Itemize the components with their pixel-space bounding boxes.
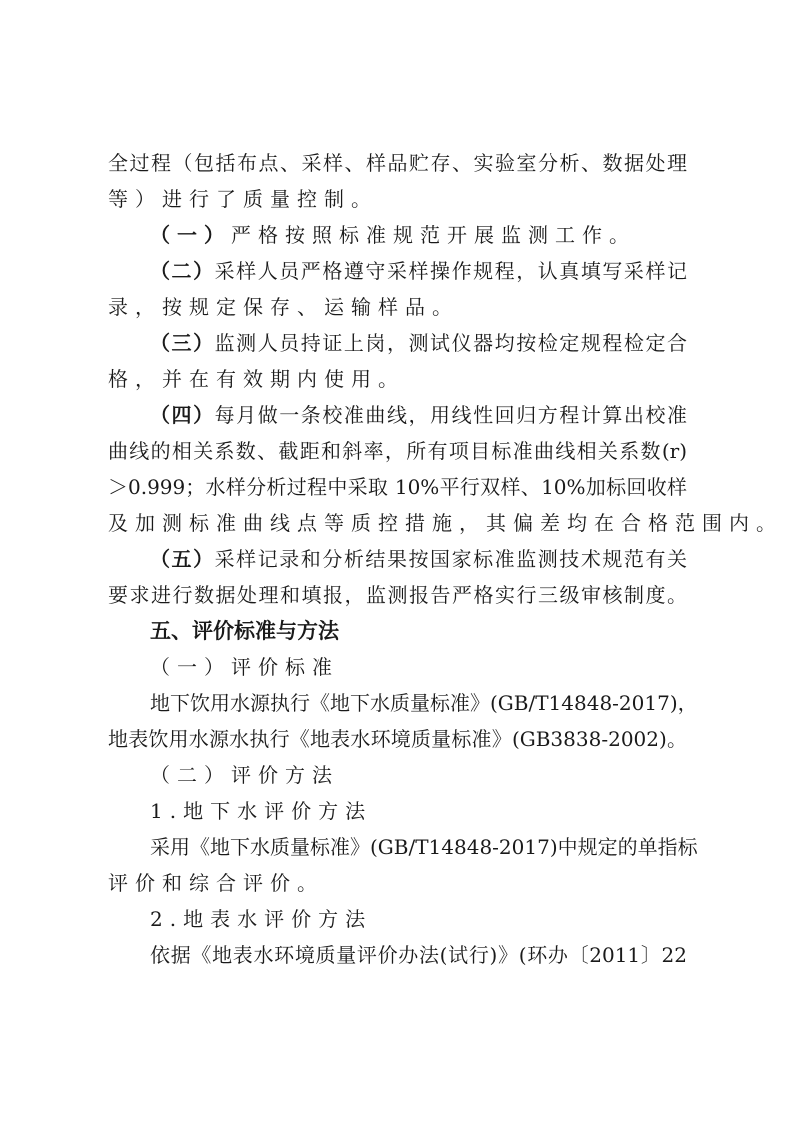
paragraph-line: 全过程（包括布点、采样、样品贮存、实验室分析、数据处理 xyxy=(108,145,687,181)
list-item-4: （四）每月做一条校准曲线，用线性回归方程计算出校准 xyxy=(150,397,687,433)
list-item-2: （二）采样人员严格遵守采样操作规程，认真填写采样记 xyxy=(150,253,687,289)
paragraph-line: 评价和综合评价。 xyxy=(108,865,687,901)
subsubsection-heading: 1.地下水评价方法 xyxy=(150,793,687,829)
paragraph-line: 格，并在有效期内使用。 xyxy=(108,361,687,397)
list-text: 采样记录和分析结果按国家标准监测技术规范有关 xyxy=(215,547,687,571)
paragraph-line: 依据《地表水环境质量评价办法(试行)》(环办〔2011〕22 xyxy=(150,937,687,973)
list-text: 采样人员严格遵守采样操作规程，认真填写采样记 xyxy=(215,259,687,283)
list-text: 每月做一条校准曲线，用线性回归方程计算出校准 xyxy=(215,403,687,427)
paragraph-line: 及加测标准曲线点等质控措施，其偏差均在合格范围内。 xyxy=(108,505,687,541)
paragraph-line: 要求进行数据处理和填报，监测报告严格实行三级审核制度。 xyxy=(108,577,687,613)
list-item-3: （三）监测人员持证上岗，测试仪器均按检定规程检定合 xyxy=(150,325,687,361)
paragraph-line: 地下饮用水源执行《地下水质量标准》(GB/T14848-2017)， xyxy=(150,685,687,721)
subsection-heading: （一）评价标准 xyxy=(150,649,687,685)
list-text: 严格按照标准规范开展监测工作。 xyxy=(231,223,636,247)
list-item-5: （五）采样记录和分析结果按国家标准监测技术规范有关 xyxy=(150,541,687,577)
list-label: （三） xyxy=(150,331,215,355)
list-text: 监测人员持证上岗，测试仪器均按检定规程检定合 xyxy=(215,331,687,355)
list-item-1: （一）严格按照标准规范开展监测工作。 xyxy=(150,217,687,253)
section-heading: 五、评价标准与方法 xyxy=(150,613,339,649)
list-label: （二） xyxy=(150,259,215,283)
list-label: （四） xyxy=(150,403,215,427)
paragraph-line: ＞0.999；水样分析过程中采取 10%平行双样、10%加标回收样 xyxy=(108,469,687,505)
paragraph-line: 等）进行了质量控制。 xyxy=(108,181,687,217)
paragraph-line: 地表饮用水源水执行《地表水环境质量标准》(GB3838-2002)。 xyxy=(108,721,687,757)
paragraph-line: 录，按规定保存、运输样品。 xyxy=(108,289,687,325)
paragraph-line: 采用《地下水质量标准》(GB/T14848-2017)中规定的单指标 xyxy=(150,829,687,865)
paragraph-line: 曲线的相关系数、截距和斜率，所有项目标准曲线相关系数(r) xyxy=(108,433,687,469)
list-label: （一） xyxy=(150,223,231,247)
list-label: （五） xyxy=(150,547,215,571)
subsubsection-heading: 2.地表水评价方法 xyxy=(150,901,687,937)
subsection-heading: （二）评价方法 xyxy=(150,757,687,793)
document-page: 全过程（包括布点、采样、样品贮存、实验室分析、数据处理 等）进行了质量控制。 （… xyxy=(0,0,793,1122)
